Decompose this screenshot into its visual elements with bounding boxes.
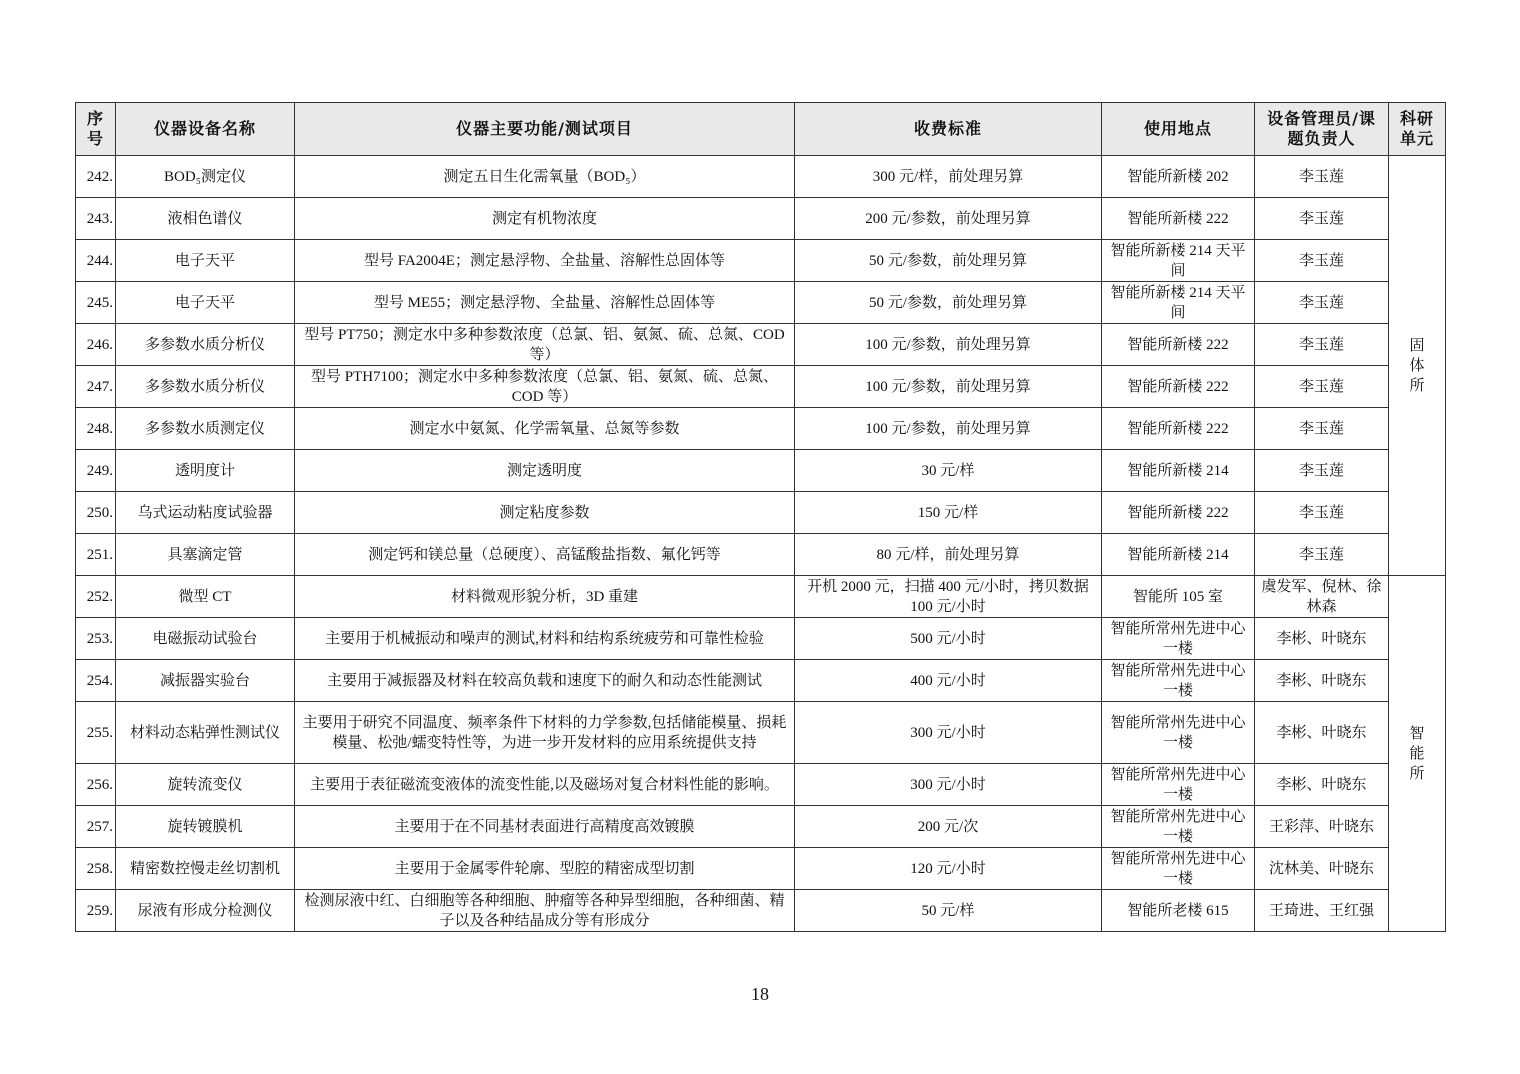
cell-num: 246.: [76, 324, 116, 366]
cell-manager: 李玉莲: [1255, 366, 1389, 408]
header-fee: 收费标准: [795, 103, 1102, 156]
cell-num: 256.: [76, 764, 116, 806]
cell-manager: 李彬、叶晓东: [1255, 618, 1389, 660]
table-row: 247.多参数水质分析仪型号 PTH7100；测定水中多种参数浓度（总氯、铝、氨…: [76, 366, 1446, 408]
cell-fee: 100 元/参数，前处理另算: [795, 366, 1102, 408]
cell-location: 智能所新楼 214: [1102, 534, 1255, 576]
cell-location: 智能所常州先进中心一楼: [1102, 848, 1255, 890]
cell-fee: 400 元/小时: [795, 660, 1102, 702]
table-row: 250.乌式运动粘度试验器测定粘度参数150 元/样智能所新楼 222李玉莲: [76, 492, 1446, 534]
cell-name: 减振器实验台: [116, 660, 295, 702]
unit-label: 固体所: [1408, 336, 1426, 396]
cell-manager: 沈林美、叶晓东: [1255, 848, 1389, 890]
cell-function: 主要用于减振器及材料在较高负载和速度下的耐久和动态性能测试: [295, 660, 795, 702]
cell-num: 244.: [76, 240, 116, 282]
cell-manager: 李玉莲: [1255, 534, 1389, 576]
cell-manager: 王彩萍、叶晓东: [1255, 806, 1389, 848]
cell-location: 智能所新楼 202: [1102, 156, 1255, 198]
cell-manager: 李玉莲: [1255, 408, 1389, 450]
cell-location: 智能所新楼 214 天平间: [1102, 282, 1255, 324]
cell-num: 257.: [76, 806, 116, 848]
cell-location: 智能所新楼 222: [1102, 492, 1255, 534]
cell-name: 电子天平: [116, 240, 295, 282]
cell-function: 测定有机物浓度: [295, 198, 795, 240]
cell-location: 智能所 105 室: [1102, 576, 1255, 618]
cell-num: 247.: [76, 366, 116, 408]
cell-fee: 300 元/小时: [795, 764, 1102, 806]
header-location: 使用地点: [1102, 103, 1255, 156]
cell-fee: 150 元/样: [795, 492, 1102, 534]
cell-num: 252.: [76, 576, 116, 618]
cell-num: 249.: [76, 450, 116, 492]
cell-manager: 李玉莲: [1255, 156, 1389, 198]
cell-unit: 固体所: [1389, 156, 1446, 576]
cell-manager: 李彬、叶晓东: [1255, 660, 1389, 702]
cell-fee: 300 元/小时: [795, 702, 1102, 764]
cell-manager: 李玉莲: [1255, 324, 1389, 366]
cell-name: 电子天平: [116, 282, 295, 324]
cell-num: 251.: [76, 534, 116, 576]
cell-location: 智能所新楼 222: [1102, 408, 1255, 450]
cell-manager: 王琦进、王红强: [1255, 890, 1389, 932]
cell-fee: 200 元/次: [795, 806, 1102, 848]
cell-name: 尿液有形成分检测仪: [116, 890, 295, 932]
cell-function: 主要用于金属零件轮廓、型腔的精密成型切割: [295, 848, 795, 890]
table-row: 256.旋转流变仪主要用于表征磁流变液体的流变性能,以及磁场对复合材料性能的影响…: [76, 764, 1446, 806]
cell-name: 具塞滴定管: [116, 534, 295, 576]
cell-fee: 300 元/样，前处理另算: [795, 156, 1102, 198]
cell-function: 测定透明度: [295, 450, 795, 492]
header-manager: 设备管理员/课题负责人: [1255, 103, 1389, 156]
cell-location: 智能所新楼 214 天平间: [1102, 240, 1255, 282]
cell-num: 255.: [76, 702, 116, 764]
cell-function: 材料微观形貌分析，3D 重建: [295, 576, 795, 618]
cell-name: 材料动态粘弹性测试仪: [116, 702, 295, 764]
cell-fee: 50 元/参数，前处理另算: [795, 282, 1102, 324]
equipment-table: 序号 仪器设备名称 仪器主要功能/测试项目 收费标准 使用地点 设备管理员/课题…: [75, 102, 1446, 932]
cell-num: 259.: [76, 890, 116, 932]
table-row: 257.旋转镀膜机主要用于在不同基材表面进行高精度高效镀膜200 元/次智能所常…: [76, 806, 1446, 848]
table-header-row: 序号 仪器设备名称 仪器主要功能/测试项目 收费标准 使用地点 设备管理员/课题…: [76, 103, 1446, 156]
table-row: 243.液相色谱仪测定有机物浓度200 元/参数，前处理另算智能所新楼 222李…: [76, 198, 1446, 240]
cell-fee: 50 元/参数，前处理另算: [795, 240, 1102, 282]
header-name: 仪器设备名称: [116, 103, 295, 156]
cell-function: 主要用于机械振动和噪声的测试,材料和结构系统疲劳和可靠性检验: [295, 618, 795, 660]
cell-function: 型号 PTH7100；测定水中多种参数浓度（总氯、铝、氨氮、硫、总氮、COD 等…: [295, 366, 795, 408]
table-row: 255.材料动态粘弹性测试仪主要用于研究不同温度、频率条件下材料的力学参数,包括…: [76, 702, 1446, 764]
header-function: 仪器主要功能/测试项目: [295, 103, 795, 156]
cell-function: 型号 ME55；测定悬浮物、全盐量、溶解性总固体等: [295, 282, 795, 324]
cell-name: 乌式运动粘度试验器: [116, 492, 295, 534]
cell-function: 测定水中氨氮、化学需氧量、总氮等参数: [295, 408, 795, 450]
cell-name: 旋转镀膜机: [116, 806, 295, 848]
cell-location: 智能所新楼 214: [1102, 450, 1255, 492]
cell-fee: 50 元/样: [795, 890, 1102, 932]
cell-manager: 李玉莲: [1255, 450, 1389, 492]
table-row: 244.电子天平型号 FA2004E；测定悬浮物、全盐量、溶解性总固体等50 元…: [76, 240, 1446, 282]
cell-name: 旋转流变仪: [116, 764, 295, 806]
cell-fee: 200 元/参数，前处理另算: [795, 198, 1102, 240]
cell-name: BOD₅测定仪: [116, 156, 295, 198]
cell-location: 智能所常州先进中心一楼: [1102, 660, 1255, 702]
cell-function: 主要用于研究不同温度、频率条件下材料的力学参数,包括储能模量、损耗模量、松弛/蠕…: [295, 702, 795, 764]
table-row: 242.BOD₅测定仪测定五日生化需氧量（BOD₅）300 元/样，前处理另算智…: [76, 156, 1446, 198]
cell-num: 243.: [76, 198, 116, 240]
cell-num: 253.: [76, 618, 116, 660]
cell-function: 测定五日生化需氧量（BOD₅）: [295, 156, 795, 198]
table-row: 253.电磁振动试验台主要用于机械振动和噪声的测试,材料和结构系统疲劳和可靠性检…: [76, 618, 1446, 660]
cell-location: 智能所常州先进中心一楼: [1102, 806, 1255, 848]
cell-num: 242.: [76, 156, 116, 198]
cell-name: 多参数水质分析仪: [116, 366, 295, 408]
cell-manager: 李玉莲: [1255, 240, 1389, 282]
cell-function: 主要用于表征磁流变液体的流变性能,以及磁场对复合材料性能的影响。: [295, 764, 795, 806]
cell-location: 智能所常州先进中心一楼: [1102, 618, 1255, 660]
cell-name: 多参数水质分析仪: [116, 324, 295, 366]
table-row: 258.精密数控慢走丝切割机主要用于金属零件轮廓、型腔的精密成型切割120 元/…: [76, 848, 1446, 890]
cell-function: 检测尿液中红、白细胞等各种细胞、肿瘤等各种异型细胞，各种细菌、精子以及各种结晶成…: [295, 890, 795, 932]
page-number: 18: [0, 984, 1520, 1005]
cell-function: 测定钙和镁总量（总硬度）、高锰酸盐指数、氟化钙等: [295, 534, 795, 576]
cell-name: 微型 CT: [116, 576, 295, 618]
table-row: 254.减振器实验台主要用于减振器及材料在较高负载和速度下的耐久和动态性能测试4…: [76, 660, 1446, 702]
cell-manager: 虞发军、倪林、徐林森: [1255, 576, 1389, 618]
cell-location: 智能所新楼 222: [1102, 198, 1255, 240]
cell-manager: 李玉莲: [1255, 198, 1389, 240]
table-row: 252.微型 CT材料微观形貌分析，3D 重建开机 2000 元，扫描 400 …: [76, 576, 1446, 618]
cell-manager: 李玉莲: [1255, 492, 1389, 534]
cell-name: 精密数控慢走丝切割机: [116, 848, 295, 890]
cell-fee: 80 元/样，前处理另算: [795, 534, 1102, 576]
cell-function: 型号 FA2004E；测定悬浮物、全盐量、溶解性总固体等: [295, 240, 795, 282]
cell-location: 智能所常州先进中心一楼: [1102, 702, 1255, 764]
cell-function: 测定粘度参数: [295, 492, 795, 534]
table-row: 251.具塞滴定管测定钙和镁总量（总硬度）、高锰酸盐指数、氟化钙等80 元/样，…: [76, 534, 1446, 576]
cell-num: 250.: [76, 492, 116, 534]
cell-name: 电磁振动试验台: [116, 618, 295, 660]
header-unit: 科研单元: [1389, 103, 1446, 156]
cell-unit: 智能所: [1389, 576, 1446, 932]
cell-fee: 100 元/参数，前处理另算: [795, 408, 1102, 450]
cell-function: 型号 PT750；测定水中多种参数浓度（总氯、铝、氨氮、硫、总氮、COD 等）: [295, 324, 795, 366]
table-row: 245.电子天平型号 ME55；测定悬浮物、全盐量、溶解性总固体等50 元/参数…: [76, 282, 1446, 324]
cell-fee: 开机 2000 元，扫描 400 元/小时，拷贝数据 100 元/小时: [795, 576, 1102, 618]
header-num: 序号: [76, 103, 116, 156]
cell-name: 透明度计: [116, 450, 295, 492]
cell-manager: 李彬、叶晓东: [1255, 764, 1389, 806]
cell-name: 液相色谱仪: [116, 198, 295, 240]
cell-num: 254.: [76, 660, 116, 702]
cell-num: 258.: [76, 848, 116, 890]
cell-manager: 李彬、叶晓东: [1255, 702, 1389, 764]
cell-fee: 30 元/样: [795, 450, 1102, 492]
cell-fee: 100 元/参数，前处理另算: [795, 324, 1102, 366]
cell-num: 245.: [76, 282, 116, 324]
cell-manager: 李玉莲: [1255, 282, 1389, 324]
cell-location: 智能所常州先进中心一楼: [1102, 764, 1255, 806]
table-row: 246.多参数水质分析仪型号 PT750；测定水中多种参数浓度（总氯、铝、氨氮、…: [76, 324, 1446, 366]
cell-fee: 120 元/小时: [795, 848, 1102, 890]
cell-location: 智能所老楼 615: [1102, 890, 1255, 932]
cell-function: 主要用于在不同基材表面进行高精度高效镀膜: [295, 806, 795, 848]
cell-location: 智能所新楼 222: [1102, 366, 1255, 408]
cell-name: 多参数水质测定仪: [116, 408, 295, 450]
cell-location: 智能所新楼 222: [1102, 324, 1255, 366]
unit-label: 智能所: [1408, 724, 1426, 784]
table-row: 249.透明度计测定透明度30 元/样智能所新楼 214李玉莲: [76, 450, 1446, 492]
table-row: 248.多参数水质测定仪测定水中氨氮、化学需氧量、总氮等参数100 元/参数，前…: [76, 408, 1446, 450]
table-row: 259.尿液有形成分检测仪检测尿液中红、白细胞等各种细胞、肿瘤等各种异型细胞，各…: [76, 890, 1446, 932]
cell-num: 248.: [76, 408, 116, 450]
cell-fee: 500 元/小时: [795, 618, 1102, 660]
